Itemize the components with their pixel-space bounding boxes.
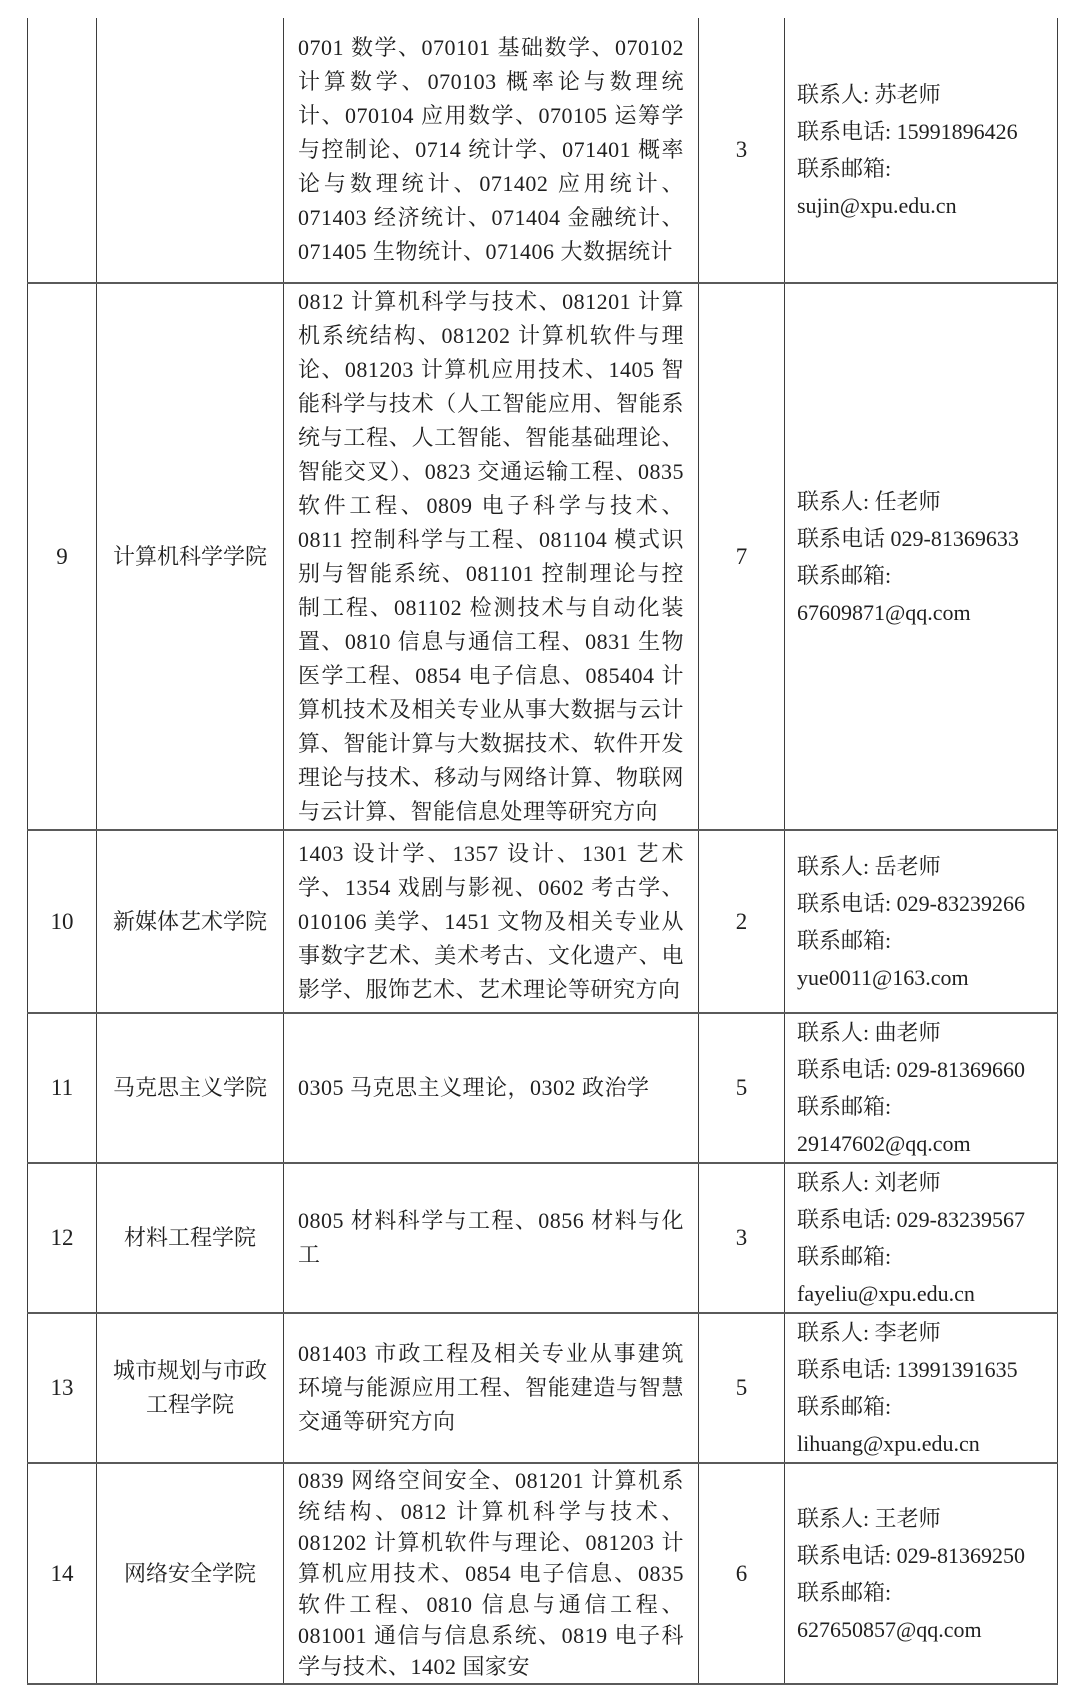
row-number-cell: 12	[28, 1163, 97, 1313]
row-number-cell: 9	[28, 283, 97, 830]
contact-phone: 联系电话: 029-83239266	[797, 885, 1045, 922]
count-cell: 3	[699, 1163, 785, 1313]
table-row: 12 材料工程学院 0805 材料科学与工程、0856 材料与化工 3 联系人:…	[28, 1163, 1058, 1313]
college-cell: 马克思主义学院	[97, 1013, 284, 1163]
contact-phone: 联系电话: 029-83239567	[797, 1201, 1045, 1238]
contact-cell: 联系人: 任老师 联系电话 029-81369633 联系邮箱: 6760987…	[785, 283, 1058, 830]
count-cell: 2	[699, 830, 785, 1013]
contact-email-label: 联系邮箱:	[797, 557, 1045, 594]
table-row: 13 城市规划与市政工程学院 081403 市政工程及相关专业从事建筑环境与能源…	[28, 1313, 1058, 1463]
majors-cell: 081403 市政工程及相关专业从事建筑环境与能源应用工程、智能建造与智慧交通等…	[284, 1313, 699, 1463]
table-row: 11 马克思主义学院 0305 马克思主义理论，0302 政治学 5 联系人: …	[28, 1013, 1058, 1163]
contact-phone: 联系电话: 13991391635	[797, 1351, 1045, 1388]
contact-email-label: 联系邮箱:	[797, 1088, 1045, 1125]
contact-cell: 联系人: 曲老师 联系电话: 029-81369660 联系邮箱: 291476…	[785, 1013, 1058, 1163]
contact-phone: 联系电话 029-81369633	[797, 520, 1045, 557]
row-number-cell: 11	[28, 1013, 97, 1163]
majors-cell: 0805 材料科学与工程、0856 材料与化工	[284, 1163, 699, 1313]
college-cell: 材料工程学院	[97, 1163, 284, 1313]
majors-cell: 0305 马克思主义理论，0302 政治学	[284, 1013, 699, 1163]
table-row: 14 网络安全学院 0839 网络空间安全、081201 计算机系统结构、081…	[28, 1463, 1058, 1684]
recruitment-table: 0701 数学、070101 基础数学、070102 计算数学、070103 概…	[27, 18, 1058, 1685]
majors-cell: 0701 数学、070101 基础数学、070102 计算数学、070103 概…	[284, 18, 699, 283]
contact-person: 联系人: 曲老师	[797, 1014, 1045, 1051]
contact-email: lihuang@xpu.edu.cn	[797, 1425, 1045, 1462]
contact-email-label: 联系邮箱:	[797, 1388, 1045, 1425]
contact-person: 联系人: 岳老师	[797, 848, 1045, 885]
document-page: 0701 数学、070101 基础数学、070102 计算数学、070103 概…	[0, 0, 1080, 1705]
college-cell	[97, 18, 284, 283]
contact-phone: 联系电话: 029-81369660	[797, 1051, 1045, 1088]
contact-email: 29147602@qq.com	[797, 1125, 1045, 1162]
majors-cell: 0812 计算机科学与技术、081201 计算机系统结构、081202 计算机软…	[284, 283, 699, 830]
majors-cell: 0839 网络空间安全、081201 计算机系统结构、0812 计算机科学与技术…	[284, 1463, 699, 1684]
contact-person: 联系人: 任老师	[797, 483, 1045, 520]
row-number-cell: 10	[28, 830, 97, 1013]
contact-person: 联系人: 刘老师	[797, 1164, 1045, 1201]
contact-person: 联系人: 王老师	[797, 1500, 1045, 1537]
count-cell: 5	[699, 1013, 785, 1163]
contact-email: fayeliu@xpu.edu.cn	[797, 1275, 1045, 1312]
contact-phone: 联系电话: 029-81369250	[797, 1537, 1045, 1574]
college-cell: 新媒体艺术学院	[97, 830, 284, 1013]
contact-cell: 联系人: 苏老师 联系电话: 15991896426 联系邮箱: sujin@x…	[785, 18, 1058, 283]
table-row: 10 新媒体艺术学院 1403 设计学、1357 设计、1301 艺术学、135…	[28, 830, 1058, 1013]
contact-phone: 联系电话: 15991896426	[797, 113, 1045, 150]
contact-email: 67609871@qq.com	[797, 594, 1045, 631]
row-number-cell: 13	[28, 1313, 97, 1463]
count-cell: 7	[699, 283, 785, 830]
count-cell: 3	[699, 18, 785, 283]
contact-person: 联系人: 苏老师	[797, 76, 1045, 113]
row-number-cell	[28, 18, 97, 283]
contact-person: 联系人: 李老师	[797, 1314, 1045, 1351]
college-cell: 计算机科学学院	[97, 283, 284, 830]
contact-email: sujin@xpu.edu.cn	[797, 187, 1045, 224]
table-row: 0701 数学、070101 基础数学、070102 计算数学、070103 概…	[28, 18, 1058, 283]
majors-cell: 1403 设计学、1357 设计、1301 艺术学、1354 戏剧与影视、060…	[284, 830, 699, 1013]
contact-email: 627650857@qq.com	[797, 1611, 1045, 1648]
college-cell: 城市规划与市政工程学院	[97, 1313, 284, 1463]
contact-email-label: 联系邮箱:	[797, 1574, 1045, 1611]
table-row: 9 计算机科学学院 0812 计算机科学与技术、081201 计算机系统结构、0…	[28, 283, 1058, 830]
contact-email-label: 联系邮箱:	[797, 922, 1045, 959]
contact-cell: 联系人: 岳老师 联系电话: 029-83239266 联系邮箱: yue001…	[785, 830, 1058, 1013]
contact-email-label: 联系邮箱:	[797, 1238, 1045, 1275]
contact-cell: 联系人: 刘老师 联系电话: 029-83239567 联系邮箱: fayeli…	[785, 1163, 1058, 1313]
contact-email: yue0011@163.com	[797, 959, 1045, 996]
count-cell: 6	[699, 1463, 785, 1684]
contact-cell: 联系人: 李老师 联系电话: 13991391635 联系邮箱: lihuang…	[785, 1313, 1058, 1463]
count-cell: 5	[699, 1313, 785, 1463]
contact-email-label: 联系邮箱:	[797, 150, 1045, 187]
row-number-cell: 14	[28, 1463, 97, 1684]
contact-cell: 联系人: 王老师 联系电话: 029-81369250 联系邮箱: 627650…	[785, 1463, 1058, 1684]
college-cell: 网络安全学院	[97, 1463, 284, 1684]
